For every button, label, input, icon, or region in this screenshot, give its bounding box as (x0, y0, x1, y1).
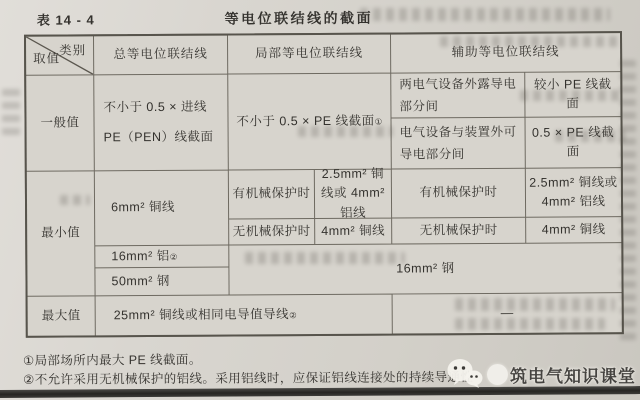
cell-general-aux-val-2: 0.5 × PE 线截面 (526, 117, 621, 168)
cell-general-aux-cond-1: 两电气设备外露导电部分间 (391, 73, 524, 118)
cell-general-aux-val-1: 较小 PE 线截面 (525, 72, 620, 117)
header-value-label: 取值 (33, 49, 60, 69)
row-label-minimum: 最小值 (27, 171, 95, 295)
cell-max-value: 25mm² 铜线或相同电导值导线② (96, 295, 392, 336)
table-number-label: 表 14 - 4 (37, 9, 95, 28)
cell-min-aux-cond-1: 有机械保护时 (392, 169, 525, 218)
header-main-bonding: 总等电位联结线 (94, 36, 227, 75)
header-category-label: 类别 (59, 41, 86, 61)
cell-general-aux-cond-2: 电气设备与装置外可导电部分间 (392, 118, 525, 169)
cell-min-aux-cond-2: 无机械保护时 (392, 218, 525, 244)
cell-max-aux-dash: — (393, 293, 622, 333)
watermark: 筑电气知识课堂 (446, 354, 636, 394)
row-label-maximum: 最大值 (28, 296, 95, 335)
cell-min-local-val-2: 4mm² 铜线 (315, 219, 391, 244)
footnote-2: ②不允许采用无机械保护的铝线。采用铝线时，应保证铝线连接处的持续导通性 (23, 367, 473, 388)
cell-min-main-copper: 6mm² 铜线 (95, 171, 228, 246)
header-local-bonding: 局部等电位联结线 (228, 35, 390, 74)
cell-min-main-aluminium-text: 16mm² 铝 (111, 247, 169, 267)
cell-general-local: 不小于 0.5 × PE 线截面① (228, 74, 391, 170)
watermark-text: 筑电气知识课堂 (510, 362, 636, 387)
header-aux-bonding: 辅助等电位联结线 (391, 33, 620, 72)
bonding-conductor-table: 类别 取值 总等电位联结线 局部等电位联结线 辅助等电位联结线 一般值 不小于 … (24, 31, 624, 338)
footnote-1: ①局部场所内最大 PE 线截面。 (23, 350, 202, 369)
scan-tilt-wrapper: 表 14 - 4 等电位联结线的截面 类别 取值 总等电位联结线 局部等电位联结… (0, 0, 640, 400)
cell-min-local-val-1: 2.5mm² 铜线或 4mm² 铝线 (315, 170, 391, 218)
table-title: 等电位联结线的截面 (159, 7, 439, 29)
cell-min-shared-steel: 16mm² 钢 (229, 243, 621, 294)
cell-min-local-cond-1: 有机械保护时 (229, 170, 314, 219)
wechat-icon (446, 357, 484, 391)
cell-min-aux-val-2: 4mm² 铜线 (526, 217, 621, 243)
row-label-general: 一般值 (26, 75, 94, 170)
cell-min-local-cond-2: 无机械保护时 (229, 219, 314, 245)
scanned-book-page: 表 14 - 4 等电位联结线的截面 类别 取值 总等电位联结线 局部等电位联结… (0, 0, 640, 400)
diagonal-header-cell: 类别 取值 (26, 36, 93, 74)
cell-min-aux-val-1: 2.5mm² 铜线或 4mm² 铝线 (526, 168, 621, 217)
cell-general-local-text: 不小于 0.5 × PE 线截面 (236, 111, 374, 131)
cell-general-main: 不小于 0.5 × 进线 PE（PEN）线截面 (94, 75, 228, 171)
cell-min-main-steel: 50mm² 钢 (95, 268, 228, 296)
cell-min-main-aluminium: 16mm² 铝② (95, 246, 228, 268)
watermark-blob (487, 364, 508, 385)
cell-max-value-text: 25mm² 铜线或相同电导值导线 (114, 305, 289, 325)
